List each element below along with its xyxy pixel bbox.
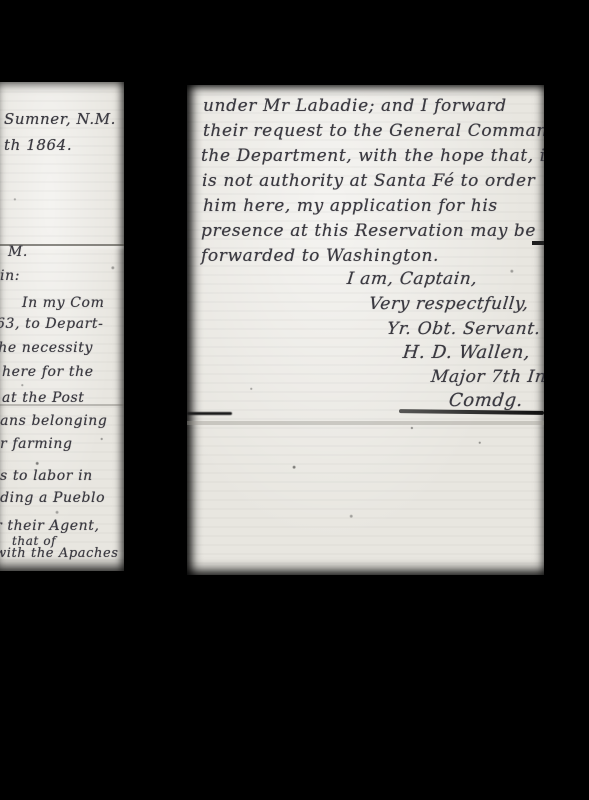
handwritten-line: at the Post [2,390,85,406]
document-scan: Sumner, N.M. th 1864. M. in: In my Com 6… [0,0,589,800]
closing-line: Very respectfully, [368,294,530,314]
closing-line: Yr. Obt. Servant. [386,319,542,339]
handwritten-line: lding a Pueblo [0,490,105,506]
handwritten-line: in: [0,268,20,284]
handwritten-line: him here, my application for his [203,196,498,216]
signature-rank-line: Major 7th Infy [430,367,544,387]
signature-command-line: Comdg. [448,390,524,411]
fold-crease [187,412,232,415]
closing-line: I am, Captain, [346,269,478,289]
handwritten-line: s to labor in [0,468,93,484]
handwritten-line: the Department, with the hope that, if t… [201,146,544,166]
handwritten-line: with the Apaches [0,546,119,561]
handwritten-line: is not authority at Santa Fé to order [202,171,535,191]
handwritten-line: th 1864. [4,136,72,154]
handwritten-line: here for the [2,364,94,380]
handwritten-line: 63, to Depart- [0,316,104,332]
handwritten-line: forwarded to Washington. [201,246,439,266]
handwritten-line: M. [8,244,28,260]
main-page: under Mr Labadie; and I forward their re… [187,85,544,575]
handwritten-line: the necessity [0,340,93,356]
handwritten-line: their request to the General Commanding [203,121,544,141]
handwritten-line: ians belonging [0,413,107,429]
handwritten-line: In my Com [22,295,104,311]
handwritten-line: under Mr Labadie; and I forward [203,96,507,116]
handwritten-line: or farming [0,436,73,452]
fold-crease [187,421,544,425]
fold-crease [532,241,544,245]
handwritten-line: Sumner, N.M. [4,110,116,128]
handwritten-line: r their Agent, [0,518,100,534]
handwritten-line: presence at this Reservation may be [201,221,536,241]
signature-line: H. D. Wallen, [402,342,532,363]
left-page-fragment: Sumner, N.M. th 1864. M. in: In my Com 6… [0,82,124,571]
